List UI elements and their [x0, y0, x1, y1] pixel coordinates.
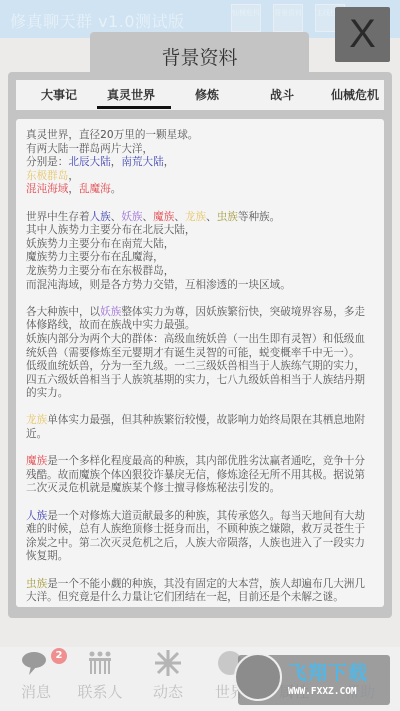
text-span: 、 [143, 211, 154, 223]
place-luanmo-sea: 乱魔海 [79, 183, 111, 195]
header-button-mech-crisis[interactable]: 仙械危机 [231, 4, 261, 32]
text-block: 妖族内部分为两个大的群体：高级血统妖兽（一出生即有灵智）和低级血统妖兽（需要修炼… [26, 333, 374, 360]
paragraph-demon-beasts: 各大种族中，以妖族整体实力为尊，因妖族繁衍快，突破境界容易，多走体修路线，故而在… [26, 306, 374, 401]
text-span: 是一个对修炼大道贡献最多的种族，其传承悠久。每当天地间有大劫难的时候，总有人族绝… [26, 510, 365, 563]
watermark-url: WWW.FXXZ.COM [288, 686, 357, 697]
text-line: 有两大陆一群岛两片大洋， [26, 143, 374, 157]
tab-chronicle[interactable]: 大事记 [41, 86, 77, 103]
nav-label: 动态 [138, 681, 198, 702]
tab-mech-crisis[interactable]: 仙械危机 [331, 86, 379, 103]
active-tab-indicator [97, 106, 171, 109]
paragraph-insects: 虫族是一个不能小觑的种族，其没有固定的大本营，族人却遍布几大洲几大洋。但究竟是什… [26, 578, 374, 605]
content-panel[interactable]: 真灵世界，直径20万里的一颗星球。 有两大陆一群岛两片大洋， 分别是：北辰大陆，… [16, 119, 384, 607]
text-span: ， [111, 156, 122, 168]
paragraph-races: 世界中生存着人族、妖族、魔族、龙族、虫族等种族。 其中人族势力主要分布在北辰大陆… [26, 211, 374, 293]
watermark-text: 飞翔下载 [288, 658, 368, 685]
text-block: 人族是一个对修炼大道贡献最多的种族，其传承悠久。每当天地间有大劫难的时候，总有人… [26, 510, 374, 564]
text-block: 虫族是一个不能小觑的种族，其没有固定的大本营，族人却遍布几大洲几大洋。但究竟是什… [26, 578, 374, 605]
text-line: 分别是：北辰大陆，南荒大陆， [26, 156, 374, 170]
tab-cultivation[interactable]: 修炼 [195, 86, 219, 103]
text-span: ， [68, 183, 79, 195]
dialog-title-tab: 背景资料 [90, 32, 309, 77]
race-insect: 虫族 [26, 578, 47, 590]
watermark: 飞翔下载 WWW.FXXZ.COM [238, 655, 390, 705]
text-span: 世界中生存着 [26, 211, 90, 223]
text-block: 魔族是一个多样化程度最高的种族，其内部优胜劣汰赢者通吃，竞争十分残酷。故而魔族个… [26, 455, 374, 496]
dialog-title: 背景资料 [90, 43, 309, 70]
race-demon-beast: 妖族 [121, 211, 142, 223]
text-line: 东极群岛， [26, 170, 374, 184]
race-devil: 魔族 [153, 211, 174, 223]
text-span: 、 [206, 211, 217, 223]
text-line: 真灵世界，直径20万里的一颗星球。 [26, 129, 374, 143]
race-demon-beast: 妖族 [100, 306, 121, 318]
race-human: 人族 [26, 510, 47, 522]
text-line: 世界中生存着人族、妖族、魔族、龙族、虫族等种族。 [26, 211, 374, 225]
paragraph-humans: 人族是一个对修炼大道贡献最多的种族，其传承悠久。每当天地间有大劫难的时候，总有人… [26, 510, 374, 564]
place-dongji: 东极群岛 [26, 170, 68, 182]
background-info-dialog: 大事记 真灵世界 修炼 战斗 仙械危机 真灵世界，直径20万里的一颗星球。 有两… [8, 72, 392, 618]
text-span: 单体实力最强，但其种族繁衍较慢，故影响力始终局限在其栖息地附近。 [26, 414, 365, 440]
text-span: 、 [174, 211, 185, 223]
text-line: 魔族势力主要分布在乱魔海， [26, 251, 374, 265]
place-beichen: 北辰大陆 [68, 156, 110, 168]
text-line: 混沌海域，乱魔海。 [26, 183, 374, 197]
text-block: 各大种族中，以妖族整体实力为尊，因妖族繁衍快，突破境界容易，多走体修路线，故而在… [26, 306, 374, 333]
close-button[interactable]: X [335, 7, 390, 62]
paragraph-devils: 魔族是一个多样化程度最高的种族，其内部优胜劣汰赢者通吃，竞争十分残酷。故而魔族个… [26, 455, 374, 496]
race-human: 人族 [90, 211, 111, 223]
header-button-background[interactable]: 背景资料 [273, 4, 303, 32]
text-line: 而混沌海域，则是各方势力交错，互相渗透的一块区域。 [26, 279, 374, 293]
place-chaos-sea: 混沌海域 [26, 183, 68, 195]
watermark-logo-icon [234, 653, 282, 701]
nav-item-contacts[interactable]: 联系人 [70, 647, 130, 702]
text-line: 妖族势力主要分布在南荒大陆， [26, 238, 374, 252]
tab-true-spirit-world[interactable]: 真灵世界 [107, 86, 155, 103]
text-span: ， [164, 156, 175, 168]
text-span: 。 [111, 183, 122, 195]
text-span: 是一个不能小觑的种族，其没有固定的大本营，族人却遍布几大洲几大洋。但究竟是什么力… [26, 578, 365, 604]
unread-badge: 2 [51, 648, 67, 664]
app-title: 修真聊天群 v1.0测试版 [10, 9, 185, 32]
contacts-icon [70, 647, 130, 679]
place-nanhuang: 南荒大陆 [121, 156, 163, 168]
text-block: 龙族单体实力最强，但其种族繁衍较慢，故影响力始终局限在其栖息地附近。 [26, 414, 374, 441]
race-insect: 虫族 [217, 211, 238, 223]
text-span: 是一个多样化程度最高的种族，其内部优胜劣汰赢者通吃，竞争十分残酷。故而魔族个体凶… [26, 455, 365, 494]
text-span: 各大种族中，以 [26, 306, 100, 318]
text-line: 龙族势力主要分布在东极群岛， [26, 265, 374, 279]
tab-bar: 大事记 真灵世界 修炼 战斗 仙械危机 [16, 80, 384, 110]
race-dragon: 龙族 [26, 414, 47, 426]
tab-combat[interactable]: 战斗 [270, 86, 294, 103]
text-span: 、 [111, 211, 122, 223]
nav-label: 消息 [6, 681, 66, 702]
paragraph-world: 真灵世界，直径20万里的一颗星球。 有两大陆一群岛两片大洋， 分别是：北辰大陆，… [26, 129, 374, 197]
nav-item-messages[interactable]: 2 消息 [6, 647, 66, 702]
paragraph-dragons: 龙族单体实力最强，但其种族繁衍较慢，故影响力始终局限在其栖息地附近。 [26, 414, 374, 441]
text-line: 其中人族势力主要分布在北辰大陆， [26, 224, 374, 238]
race-dragon: 龙族 [185, 211, 206, 223]
nav-item-feed[interactable]: 动态 [138, 647, 198, 702]
text-span: 等种族。 [238, 211, 280, 223]
nav-label: 联系人 [70, 681, 130, 702]
text-span: 分别是： [26, 156, 68, 168]
text-block: 低级血统妖兽，分为一至九级。一二三级妖兽相当于人族练气期的实力，四五六级妖兽相当… [26, 360, 374, 401]
race-devil: 魔族 [26, 455, 47, 467]
snowflake-icon [138, 647, 198, 679]
text-span: ， [68, 170, 79, 182]
